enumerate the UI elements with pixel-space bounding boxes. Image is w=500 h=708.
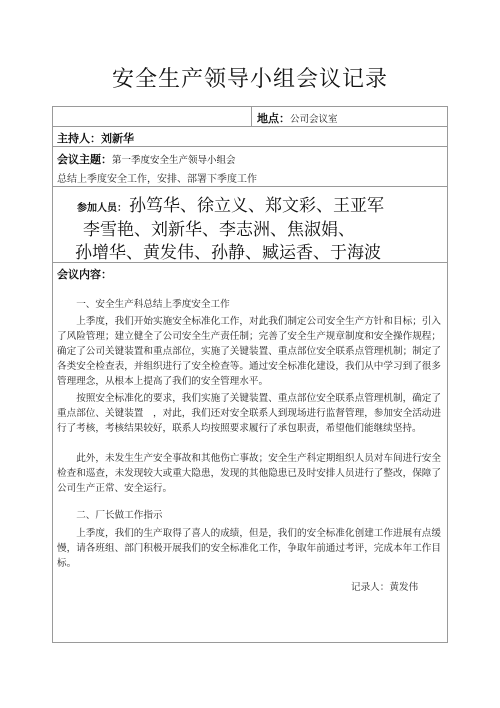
location-cell: 地点：公司会议室	[257, 110, 338, 126]
paragraph-1: 上季度，我们开始实施安全标准化工作，对此我们制定公司安全生产方针和目标；引入了风…	[57, 314, 441, 389]
attendees-line-2: 李雪艳、刘新华、李志洲、焦淑娟、	[83, 215, 355, 240]
host-value: 刘新华	[101, 132, 134, 145]
host-label: 主持人：	[57, 132, 101, 145]
topic-value: 第一季度安全生产领导小组会	[112, 155, 236, 166]
attendees-row: 参加人员：孙笃华、徐立义、郑文彩、王亚军 李雪艳、刘新华、李志洲、焦淑娟、 孙增…	[53, 187, 447, 263]
attendees-label: 参加人员：	[77, 203, 127, 214]
recorder: 记录人：黄发伟	[351, 579, 418, 593]
document-title: 安全生产领导小组会议记录	[0, 62, 500, 93]
topic-label: 会议主题：	[57, 153, 112, 166]
paragraph-2: 按照安全标准化的要求，我们实施了关键装置、重点部位安全联系点管理机制，确定了重点…	[57, 391, 441, 436]
location-value: 公司会议室	[290, 114, 338, 125]
section-2-title: 二、厂长做工作指示	[57, 508, 441, 523]
topic-row: 会议主题：第一季度安全生产领导小组会 总结上季度安全工作，安排、部署下季度工作	[53, 147, 447, 187]
location-row: 地点：公司会议室	[53, 107, 447, 127]
host-row: 主持人：刘新华	[53, 127, 447, 147]
content-label: 会议内容：	[57, 266, 112, 282]
attendees-line-1: 孙笃华、徐立义、郑文彩、王亚军	[129, 196, 384, 216]
attendees-line-3: 孙增华、黄发伟、孙静、臧运香、于海波	[75, 238, 381, 263]
topic-subtitle: 总结上季度安全工作，安排、部署下季度工作	[57, 170, 257, 185]
paragraph-3: 此外，未发生生产安全事故和其他伤亡事故；安全生产科定期组织人员对车间进行安全检查…	[57, 451, 441, 496]
meeting-record-table: 地点：公司会议室 主持人：刘新华 会议主题：第一季度安全生产领导小组会 总结上季…	[52, 106, 448, 643]
section-1-title: 一、安全生产科总结上季度安全工作	[57, 297, 441, 312]
empty-cell	[53, 107, 252, 126]
location-label: 地点：	[257, 112, 290, 125]
paragraph-4: 上季度，我们的生产取得了喜人的成绩，但是，我们的安全标准化创建工作进展有点缓慢，…	[57, 526, 441, 571]
